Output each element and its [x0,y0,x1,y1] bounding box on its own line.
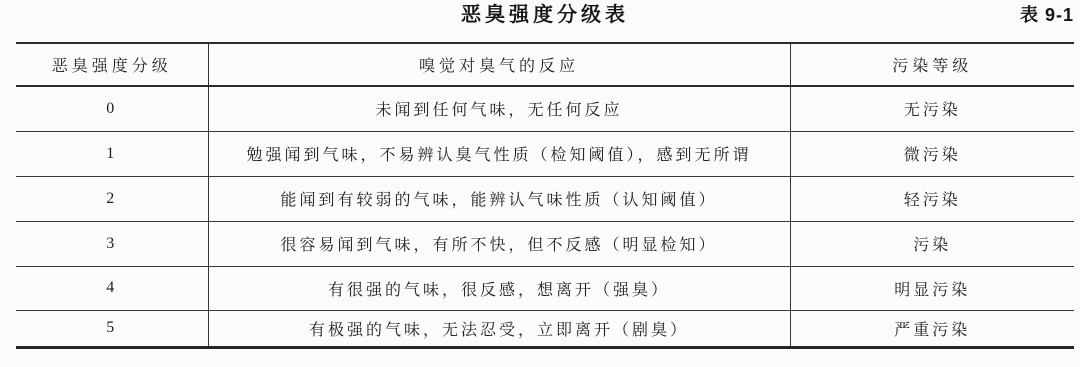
cell-olfactory-response: 有很强的气味，很反感，想离开（强臭） [208,266,790,310]
cell-pollution-grade: 污染 [790,221,1074,266]
cell-pollution-grade: 轻污染 [790,176,1074,221]
cell-odor-level: 5 [16,310,208,347]
table-row: 4 有很强的气味，很反感，想离开（强臭） 明显污染 [16,266,1074,310]
column-header-olfactory-response: 嗅觉对臭气的反应 [208,43,790,86]
cell-odor-level: 0 [16,86,208,131]
odor-intensity-grading-table: 恶臭强度分级 嗅觉对臭气的反应 污染等级 0 未闻到任何气味，无任何反应 无污染… [16,42,1074,349]
cell-odor-level: 3 [16,221,208,266]
cell-olfactory-response: 很容易闻到气味，有所不快，但不反感（明显检知） [208,221,790,266]
cell-olfactory-response: 未闻到任何气味，无任何反应 [208,86,790,131]
cell-odor-level: 2 [16,176,208,221]
cell-odor-level: 4 [16,266,208,310]
scanned-document-page: 恶臭强度分级表 表 9-1 恶臭强度分级 嗅觉对臭气的反应 污染等级 0 未闻到… [0,0,1080,367]
cell-olfactory-response: 能闻到有较弱的气味，能辨认气味性质（认知阈值） [208,176,790,221]
table-title: 恶臭强度分级表 [16,2,1074,28]
table-row: 1 勉强闻到气味，不易辨认臭气性质（检知阈值），感到无所谓 微污染 [16,131,1074,176]
header-row: 恶臭强度分级 嗅觉对臭气的反应 污染等级 [16,43,1074,86]
table-row: 0 未闻到任何气味，无任何反应 无污染 [16,86,1074,131]
cell-pollution-grade: 无污染 [790,86,1074,131]
cell-pollution-grade: 微污染 [790,131,1074,176]
table-header: 恶臭强度分级 嗅觉对臭气的反应 污染等级 [16,43,1074,86]
column-header-odor-level: 恶臭强度分级 [16,43,208,86]
cell-olfactory-response: 勉强闻到气味，不易辨认臭气性质（检知阈值），感到无所谓 [208,131,790,176]
table-row: 2 能闻到有较弱的气味，能辨认气味性质（认知阈值） 轻污染 [16,176,1074,221]
cell-pollution-grade: 严重污染 [790,310,1074,347]
table-number-label: 表 9-1 [1020,2,1074,28]
cell-odor-level: 1 [16,131,208,176]
table-row: 3 很容易闻到气味，有所不快，但不反感（明显检知） 污染 [16,221,1074,266]
table-row: 5 有极强的气味，无法忍受，立即离开（剧臭） 严重污染 [16,310,1074,347]
cell-pollution-grade: 明显污染 [790,266,1074,310]
table-body: 0 未闻到任何气味，无任何反应 无污染 1 勉强闻到气味，不易辨认臭气性质（检知… [16,86,1074,347]
cell-olfactory-response: 有极强的气味，无法忍受，立即离开（剧臭） [208,310,790,347]
column-header-pollution-grade: 污染等级 [790,43,1074,86]
table-caption-row: 恶臭强度分级表 表 9-1 [16,2,1074,32]
